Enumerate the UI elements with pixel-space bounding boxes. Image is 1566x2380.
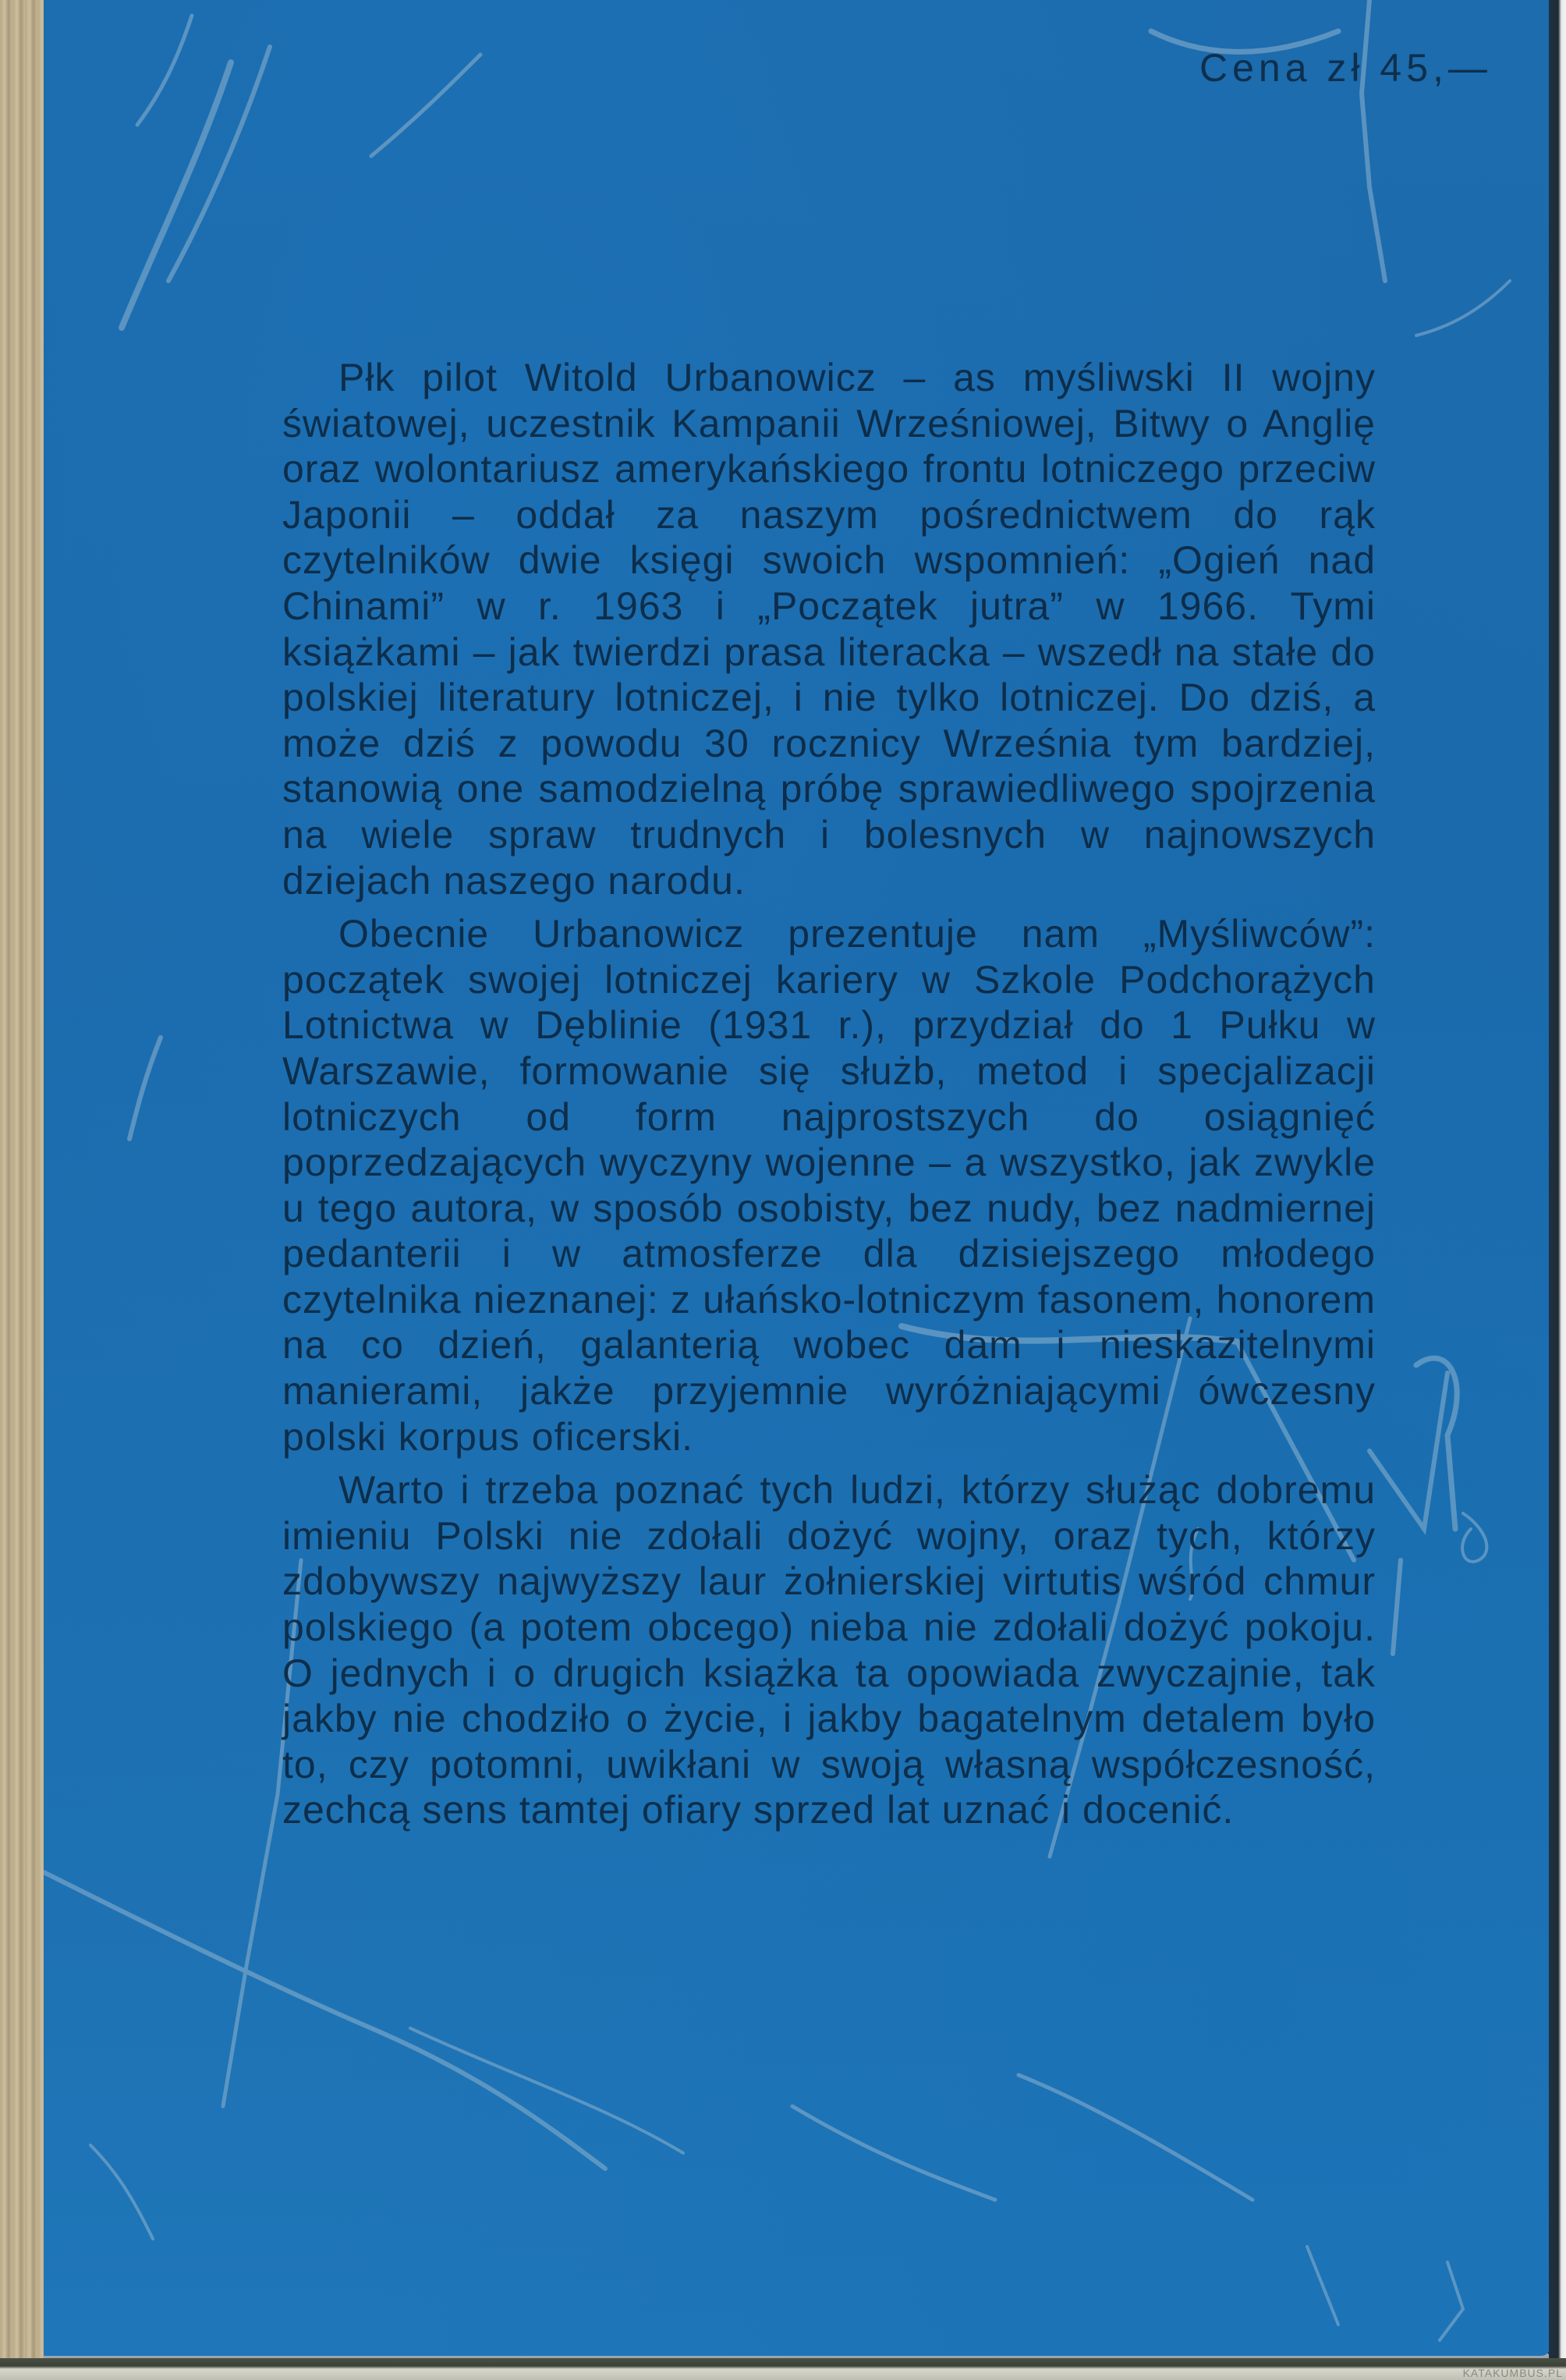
cover-bottom-edge [0,2358,1566,2380]
watermark-label: KATAKUMBUS.PL [1463,2367,1563,2379]
book-spine-edge [0,0,45,2380]
price-label: Cena zł 45,— [1199,45,1492,90]
blurb-paragraph: Warto i trzeba poznać tych ludzi, którzy… [282,1467,1376,1833]
blurb-paragraph: Płk pilot Witold Urbanowicz – as myśliws… [282,355,1376,903]
blurb-paragraph: Obecnie Urbanowicz prezentuje nam „Myśli… [282,911,1376,1460]
book-back-cover: Cena zł 45,— Płk pilot Witold Urbanowicz… [44,0,1555,2360]
cover-right-edge [1549,0,1566,2380]
back-cover-blurb: Płk pilot Witold Urbanowicz – as myśliws… [282,355,1376,1841]
